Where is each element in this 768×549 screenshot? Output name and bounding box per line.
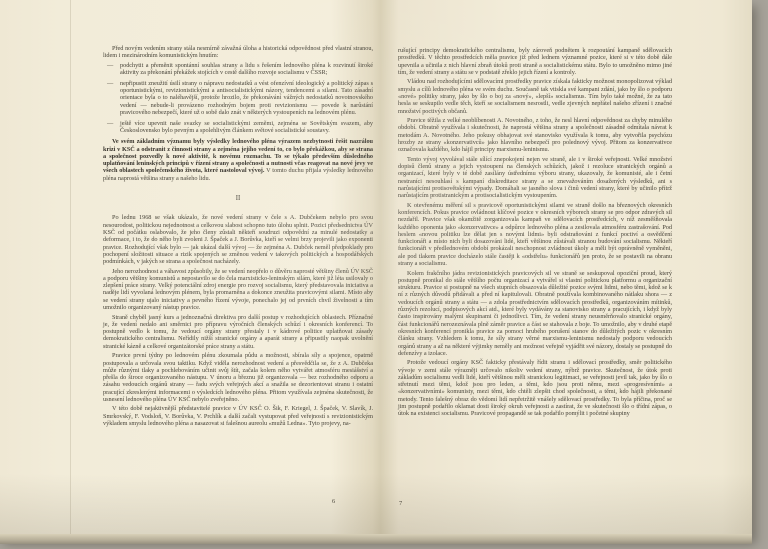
bullet-text: podchytit a přeměnit spontánní souhlas s… bbox=[120, 62, 373, 77]
paragraph: Kolem frakčního jádra revizionistických … bbox=[398, 270, 672, 358]
intro-paragraph: Před novým vedením strany stála nesmírně… bbox=[103, 45, 373, 60]
paragraph: Protože vedoucí orgány KSČ fakticky přes… bbox=[398, 359, 672, 417]
em-dash: — bbox=[103, 62, 120, 77]
bullet-item: — ještě více upevnit naše svazky se soci… bbox=[103, 120, 373, 135]
paragraph: rušující principy demokratického central… bbox=[398, 47, 672, 76]
page-number-left: 6 bbox=[332, 498, 335, 505]
paragraph: Vládou nad rozhodujícími sdělovacími pro… bbox=[398, 78, 672, 114]
paragraph: K otevřenému měření sil s pravicově opor… bbox=[398, 202, 672, 268]
page-right: rušující principy demokratického central… bbox=[398, 47, 672, 420]
bullet-item: — podchytit a přeměnit spontánní souhlas… bbox=[103, 62, 373, 77]
paragraph: Pravice těžila z velké neoblíbenosti A. … bbox=[398, 117, 672, 153]
page-edge-line bbox=[70, 0, 71, 538]
em-dash: — bbox=[103, 80, 120, 116]
section-heading: II bbox=[103, 195, 373, 202]
emphasis-paragraph: Ve svém základním významu byly výsledky … bbox=[103, 138, 373, 182]
paragraph: V této době nejaktivnější představitelé … bbox=[103, 405, 373, 427]
bullet-text: ještě více upevnit naše svazky se social… bbox=[120, 120, 373, 135]
page-left: Před novým vedením strany stála nesmírně… bbox=[103, 45, 373, 430]
paragraph: Po lednu 1968 se však ukázalo, že nové v… bbox=[103, 214, 373, 265]
book-scan: Před novým vedením strany stála nesmírně… bbox=[0, 0, 768, 549]
paragraph: Jeho nerozhodnost a váhavost způsobily, … bbox=[103, 268, 373, 312]
paragraph: Straně chyběl jasný kurs a jednoznačná d… bbox=[103, 314, 373, 350]
paragraph: Pravice první týdny po lednovém plénu zk… bbox=[103, 352, 373, 403]
bullet-item: — nepřipustit zneužití úsilí strany o ná… bbox=[103, 80, 373, 116]
paragraph: Tento vývoj vyvolával stále sílící znepo… bbox=[398, 156, 672, 200]
page-number-right: 7 bbox=[399, 500, 402, 507]
bullet-list: — podchytit a přeměnit spontánní souhlas… bbox=[103, 62, 373, 134]
em-dash: — bbox=[103, 120, 120, 135]
book-spread: Před novým vedením strany stála nesmírně… bbox=[0, 0, 752, 538]
bullet-text: nepřipustit zneužití úsilí strany o nápr… bbox=[120, 80, 373, 116]
